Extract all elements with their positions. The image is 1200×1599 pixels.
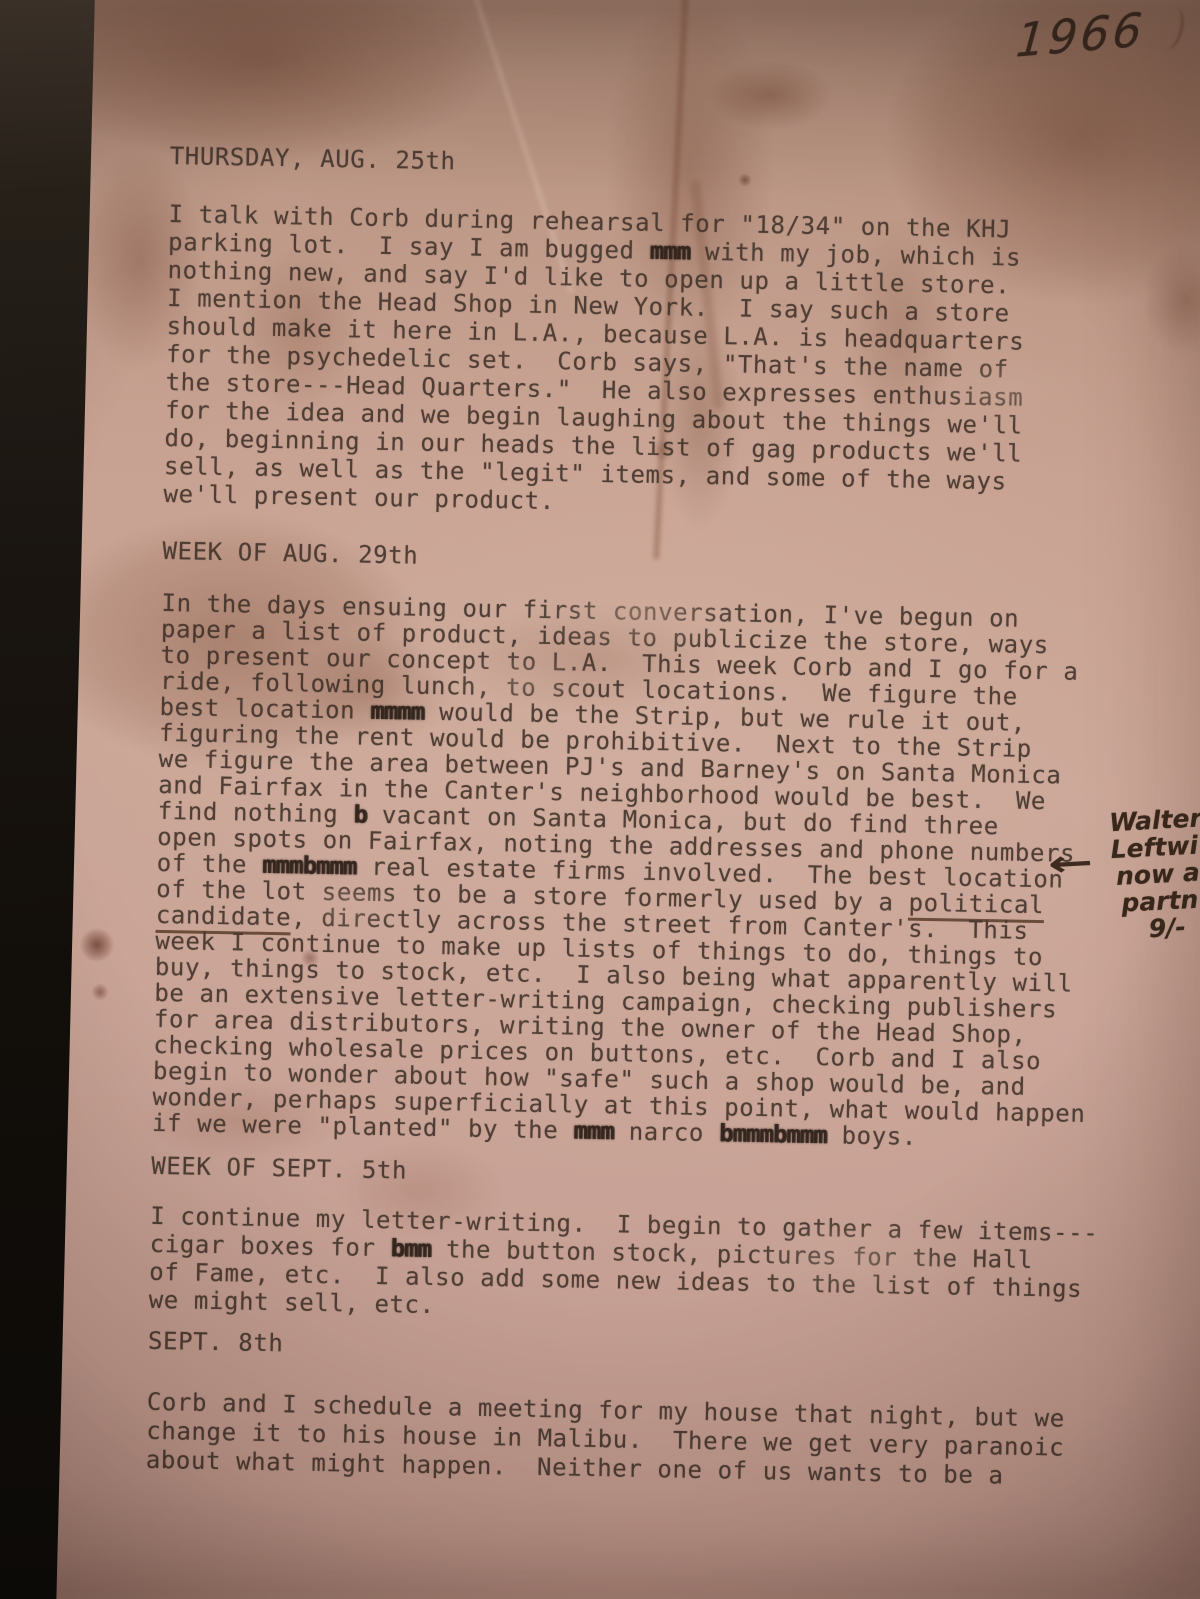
section-paragraph: In the days ensuing our first conversati… [152,590,1142,1154]
typed-text: narco [613,1117,719,1147]
section-heading: THURSDAY, AUG. 25th [169,142,1149,188]
overtyped-strikeout: b [353,800,367,828]
typed-text: boys. [826,1121,917,1151]
document-section: THURSDAY, AUG. 25thI talk with Corb duri… [163,142,1150,526]
section-paragraph: I talk with Corb during rehearsal for "1… [163,200,1148,526]
typed-text: we might sell, etc. [149,1286,435,1319]
photo-of-typewritten-page: THURSDAY, AUG. 25thI talk with Corb duri… [0,0,1200,1599]
section-heading: WEEK OF AUG. 29th [162,537,1142,583]
left-arrow-icon: ← [1047,842,1094,885]
section-paragraph: Corb and I schedule a meeting for my hou… [146,1388,1127,1493]
paper-page: THURSDAY, AUG. 25thI talk with Corb duri… [0,0,1200,1599]
overtyped-strikeout: bmm [390,1234,431,1263]
margin-note-lines: WalterLeftwinow apartn9/- [1109,803,1200,944]
section-paragraph: I continue my letter-writing. I begin to… [149,1202,1131,1332]
typed-text-body: THURSDAY, AUG. 25thI talk with Corb duri… [146,142,1150,1493]
section-heading: WEEK OF SEPT. 5th [151,1152,1131,1198]
stray-pen-mark [1153,4,1188,53]
section-heading: SEPT. 8th [148,1327,1128,1373]
margin-note-line: 9/- [1148,911,1200,942]
overtyped-strikeout: mmm [649,237,690,266]
overtyped-strikeout: mmmbmmm [262,851,357,881]
overtyped-strikeout: bmmmbmmm [719,1119,827,1149]
overtyped-strikeout: mmmm [370,697,424,726]
margin-note-line: partn [1121,884,1200,917]
overtyped-strikeout: mmm [573,1117,614,1146]
handwritten-year-annotation: 1966 [1014,2,1147,68]
typed-text: cigar boxes for [150,1230,391,1262]
typed-text: we'll present our product. [163,480,555,515]
document-section: SEPT. 8thCorb and I schedule a meeting f… [146,1327,1129,1493]
handwritten-margin-note: ← WalterLeftwinow apartn9/- [1109,803,1200,944]
document-section: WEEK OF SEPT. 5thI continue my letter-wr… [149,1152,1132,1332]
document-section: WEEK OF AUG. 29thIn the days ensuing our… [152,537,1143,1154]
